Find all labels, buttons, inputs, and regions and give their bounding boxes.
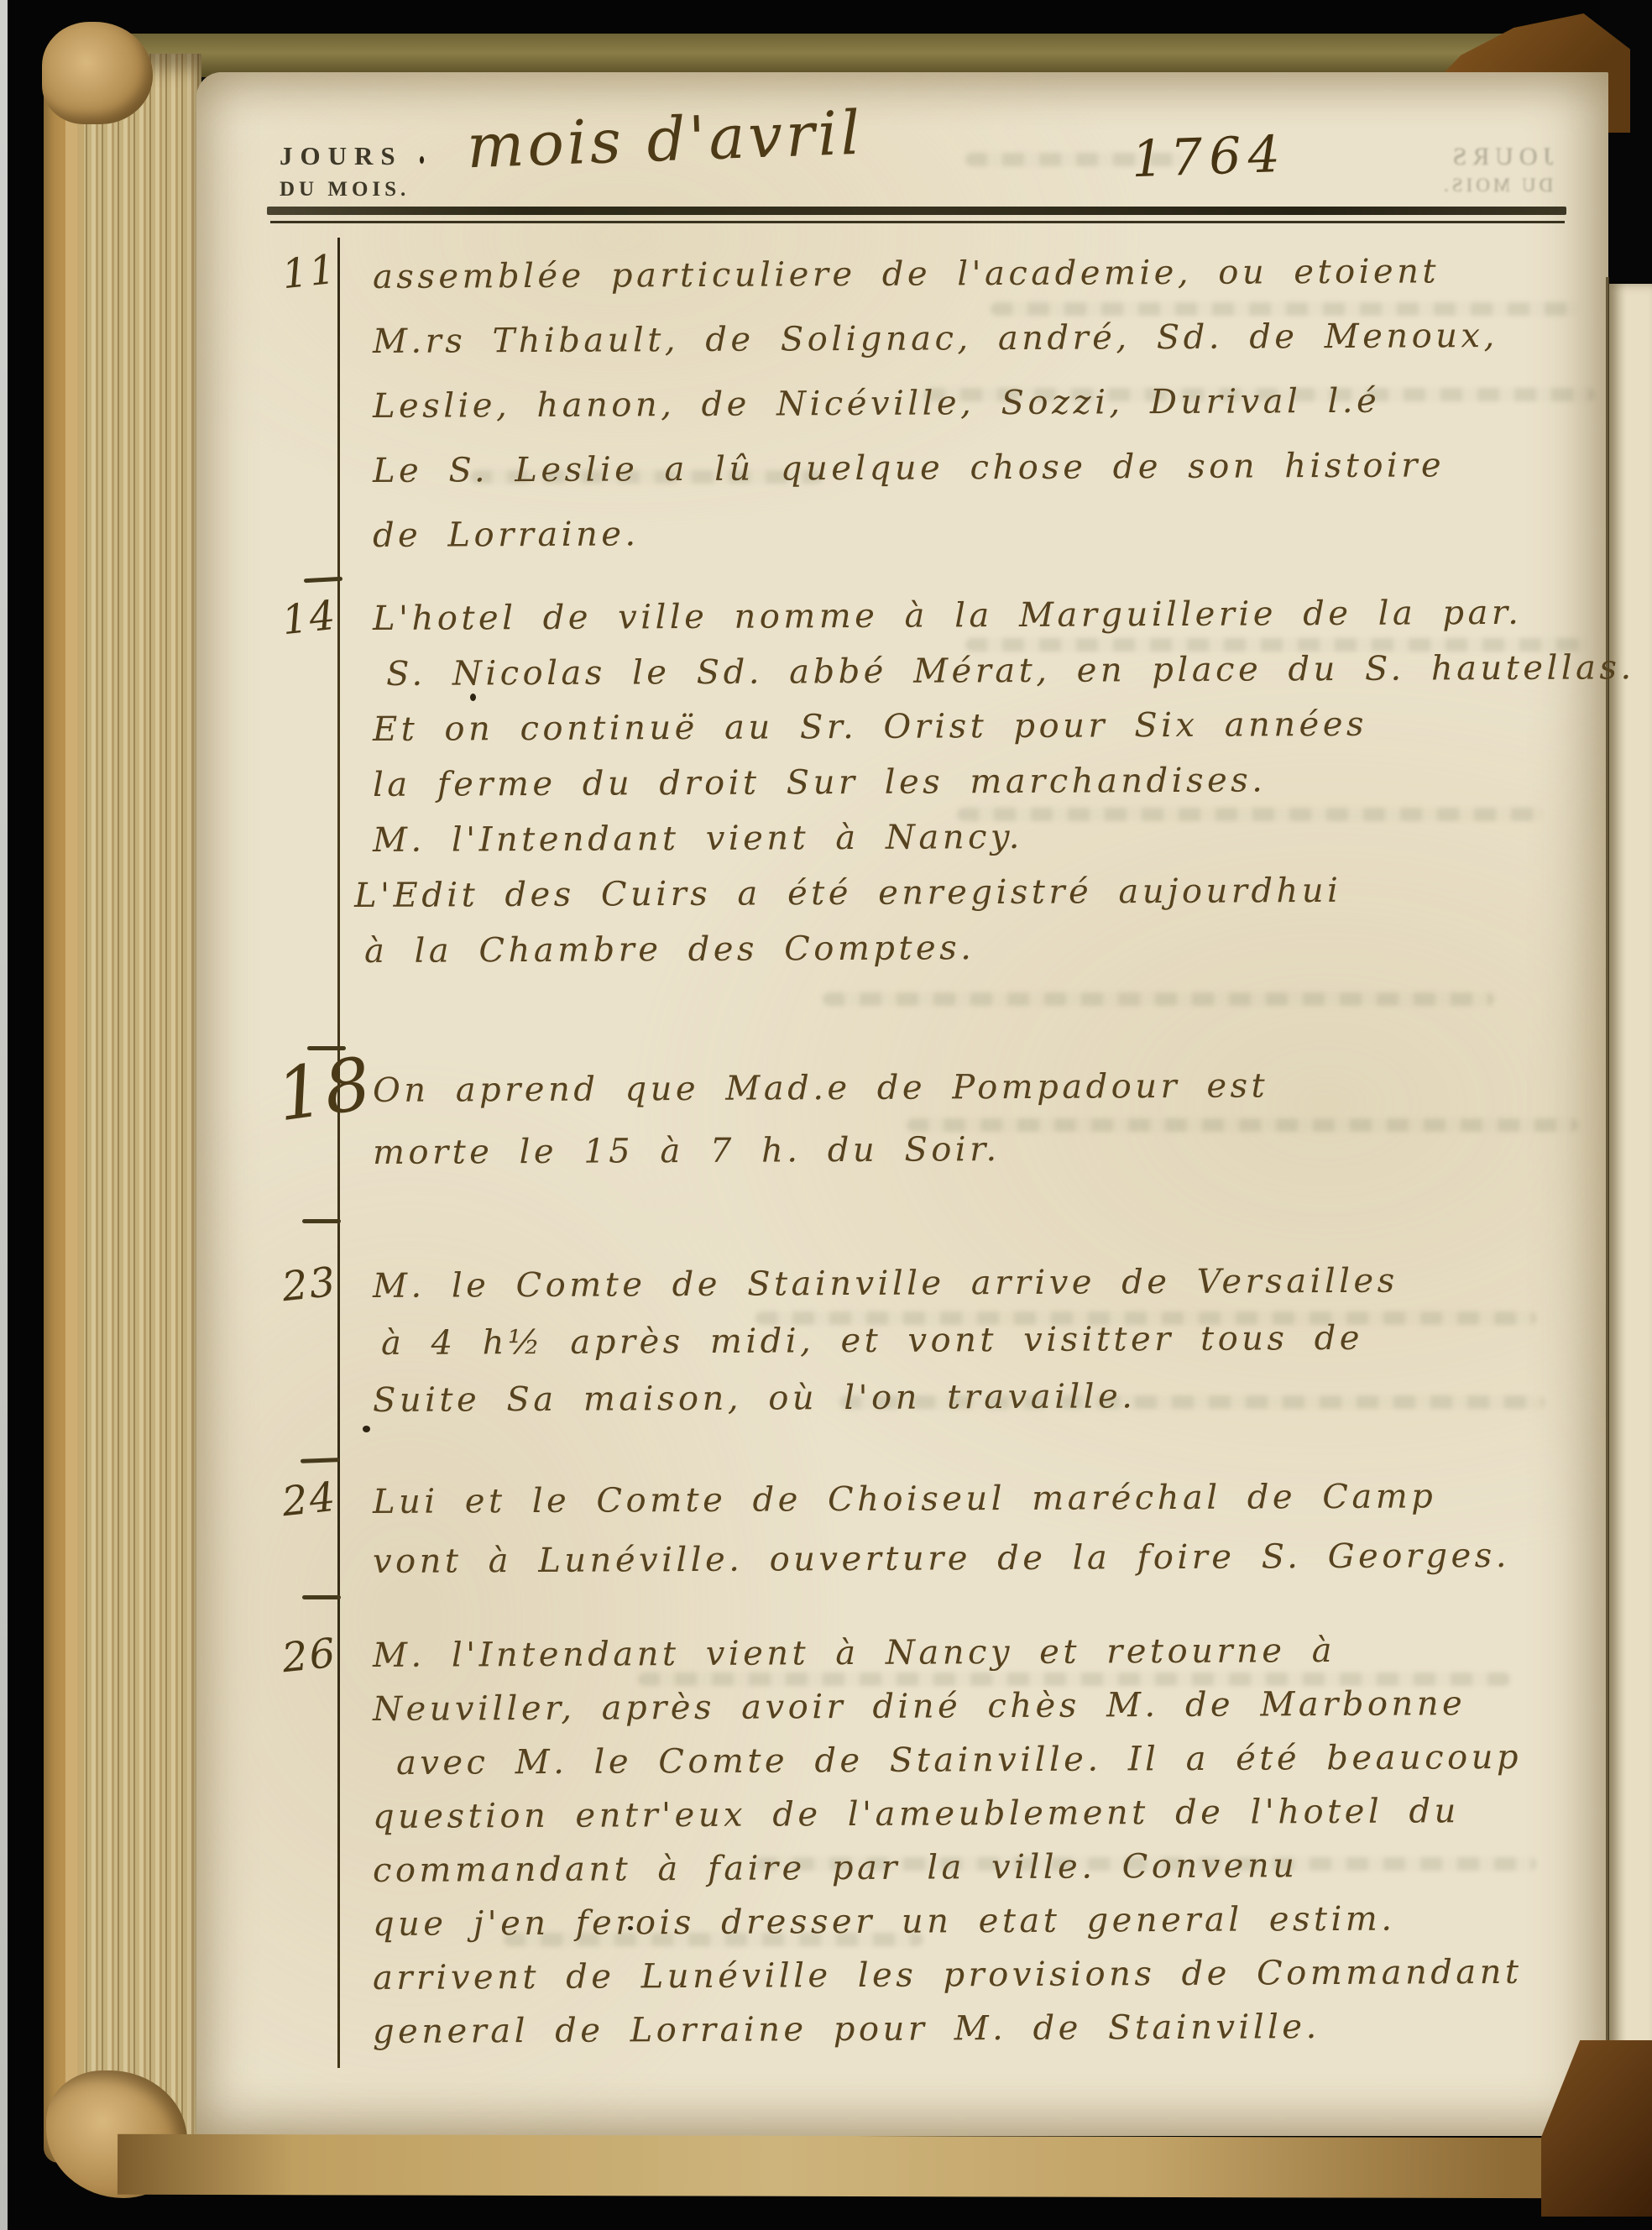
journal-entry: 26 M. l'Intendant vient à Nancy et retou…	[277, 1629, 1620, 2059]
entry-line: M. l'Intendant vient à Nancy.	[373, 806, 1620, 868]
scanned-journal-page: JOURS DU MOIS. mois d'avril 1764 JOURS D…	[0, 0, 1652, 2230]
entry-line: M.rs Thibault, de Solignac, andré, Sd. d…	[373, 303, 1620, 374]
entry-line: Lui et le Comte de Choiseul maréchal de …	[373, 1466, 1620, 1532]
printed-header-line2: DU MOIS.	[280, 178, 410, 202]
entry-line: assemblée particuliere de l'academie, ou…	[373, 238, 1620, 310]
entry-line: M. l'Intendant vient à Nancy et retourne…	[373, 1622, 1620, 1683]
header-rule-thick	[267, 207, 1566, 215]
entry-line: Neuviller, après avoir diné chès M. de M…	[373, 1676, 1620, 1736]
entry-line: S. Nicolas le Sd. abbé Mérat, en place d…	[386, 640, 1620, 702]
entry-day-number: 14	[280, 592, 339, 644]
entry-line: de Lorraine.	[373, 497, 1620, 568]
entry-line: morte le 15 à 7 h. du Soir.	[373, 1115, 1620, 1184]
entry-day-number: 11	[280, 246, 339, 298]
book-bottom-edge	[118, 2134, 1580, 2199]
journal-entry: 23 M. le Comte de Stainville arrive de V…	[277, 1258, 1620, 1429]
journal-entry: 11 assemblée particuliere de l'academie,…	[277, 245, 1620, 568]
entry-line: à 4 h½ après midi, et vont visitter tous…	[381, 1308, 1620, 1372]
book-top-edge	[126, 34, 1605, 77]
entry-day-number: 26	[280, 1630, 339, 1682]
entry-line: commandant à faire par la ville. Convenu	[373, 1837, 1620, 1898]
entry-line: la ferme du droit Sur les marchandises.	[373, 751, 1620, 813]
entry-line: que j'en ferois dresser un etat general …	[373, 1891, 1620, 1951]
entry-line: On aprend que Mad.e de Pompadour est	[373, 1053, 1620, 1122]
entry-line: avec M. le Comte de Stainville. Il a été…	[396, 1730, 1620, 1790]
entry-day-number: 23	[280, 1259, 339, 1311]
entry-line: M. le Comte de Stainville arrive de Vers…	[373, 1251, 1620, 1315]
entry-text: L'hotel de ville nomme à la Marguillerie…	[373, 591, 1620, 979]
journal-entry: 24 Lui et le Comte de Choiseul maréchal …	[277, 1473, 1620, 1592]
scanner-edge-strip	[0, 0, 8, 2230]
entry-text: assemblée particuliere de l'academie, ou…	[373, 245, 1620, 568]
printed-column-header: JOURS DU MOIS.	[280, 141, 410, 202]
header-rule-thin	[270, 221, 1565, 223]
show-through-header-line2: DU MOIS.	[1440, 175, 1553, 196]
journal-entry: 18 On aprend que Mad.e de Pompadour estm…	[277, 1060, 1620, 1184]
ink-speck	[420, 156, 424, 164]
entry-line: L'hotel de ville nomme à la Marguillerie…	[373, 584, 1620, 646]
show-through-header-line1: JOURS	[1440, 143, 1553, 171]
entry-separator-tick	[302, 1219, 341, 1223]
printed-header-line1: JOURS	[280, 141, 410, 171]
entry-text: M. le Comte de Stainville arrive de Vers…	[373, 1258, 1620, 1429]
handwritten-month-title: mois d'avril	[466, 97, 865, 181]
page-stack-fore-edge	[44, 54, 201, 2163]
entry-day-number: 24	[280, 1474, 339, 1526]
entry-line: à la Chambre des Comptes.	[364, 917, 1620, 979]
show-through-mark	[823, 992, 1494, 1006]
entry-text: Lui et le Comte de Choiseul maréchal de …	[373, 1473, 1620, 1592]
entry-separator-tick	[302, 1595, 341, 1599]
entry-line: question entr'eux de l'ameublement de l'…	[373, 1783, 1620, 1844]
journal-entry: 14 L'hotel de ville nomme à la Marguille…	[277, 591, 1620, 979]
entry-line: Suite Sa maison, où l'on travaille.	[373, 1365, 1620, 1429]
entry-line: Leslie, hanon, de Nicéville, Sozzi, Duri…	[373, 368, 1620, 439]
entry-line: Et on continuë au Sr. Orist pour Six ann…	[373, 695, 1620, 757]
entry-line: arrivent de Lunéville les provisions de …	[373, 1945, 1620, 2005]
entry-line: Le S. Leslie a lû quelque chose de son h…	[373, 432, 1620, 504]
entry-line: general de Lorraine pour M. de Stainvill…	[373, 1998, 1620, 2059]
entry-day-number: 18	[272, 1042, 378, 1139]
handwritten-year: 1764	[1131, 125, 1288, 189]
entry-line: L'Edit des Cuirs a été enregistré aujour…	[354, 861, 1620, 924]
entry-text: On aprend que Mad.e de Pompadour estmort…	[373, 1060, 1620, 1184]
entry-text: M. l'Intendant vient à Nancy et retourne…	[373, 1629, 1620, 2059]
show-through-header: JOURS DU MOIS.	[1440, 143, 1553, 196]
entry-line: vont à Lunéville. ouverture de la foire …	[373, 1526, 1620, 1592]
crumpled-corner-top	[42, 22, 153, 124]
